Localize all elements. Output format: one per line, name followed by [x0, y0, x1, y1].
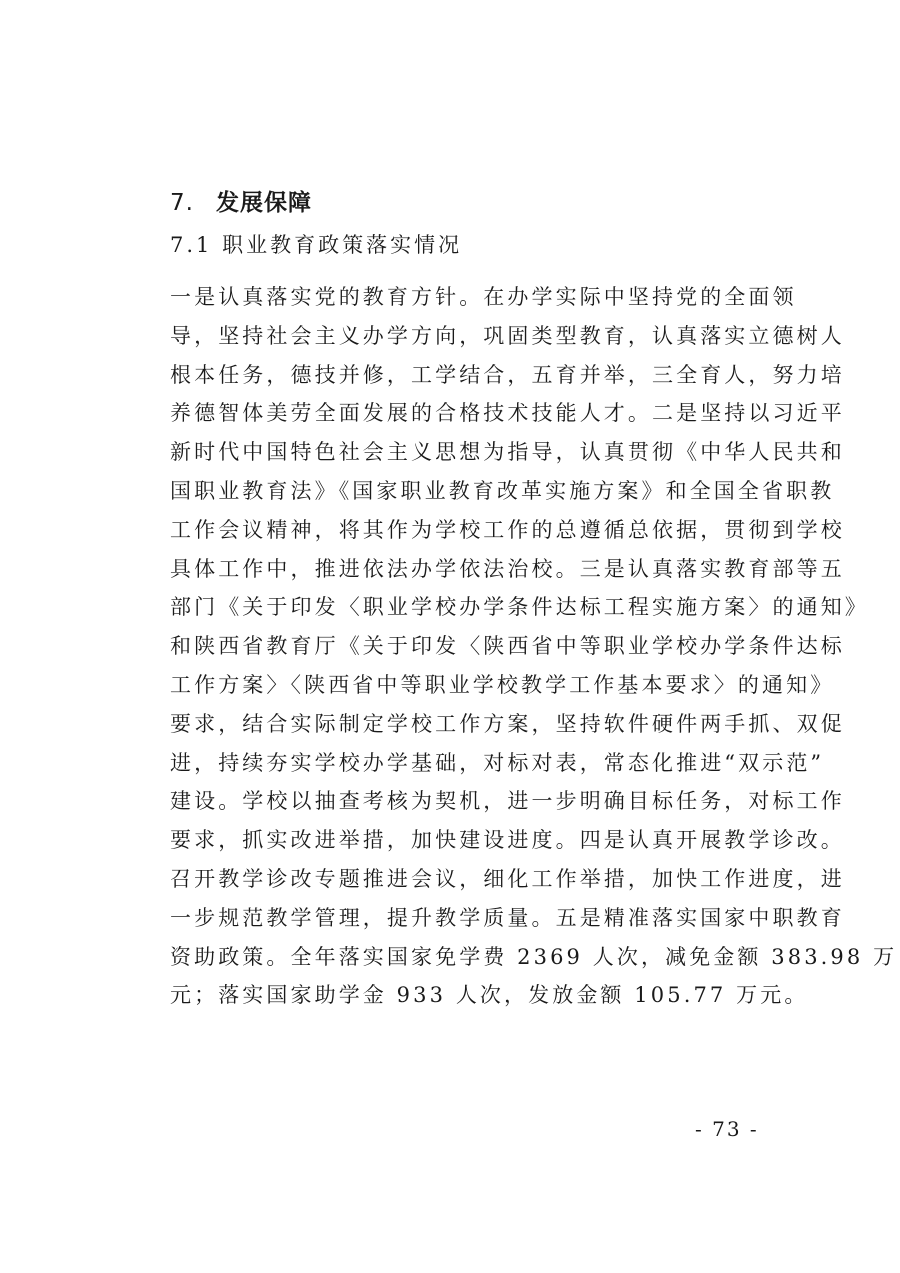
- paragraph-line: 元；落实国家助学金 933 人次，发放金额 105.77 万元。: [170, 976, 770, 1015]
- paragraph-line: 要求，结合实际制定学校工作方案，坚持软件硬件两手抓、双促: [170, 705, 770, 744]
- paragraph-line: 新时代中国特色社会主义思想为指导，认真贯彻《中华人民共和: [170, 433, 770, 472]
- paragraph-line: 和陕西省教育厅《关于印发〈陕西省中等职业学校办学条件达标: [170, 627, 770, 666]
- paragraph-line: 一是认真落实党的教育方针。在办学实际中坚持党的全面领: [170, 278, 770, 317]
- body-paragraph: 一是认真落实党的教育方针。在办学实际中坚持党的全面领 导，坚持社会主义办学方向，…: [170, 278, 770, 1015]
- paragraph-line: 根本任务，德技并修，工学结合，五育并举，三全育人，努力培: [170, 356, 770, 395]
- paragraph-line: 导，坚持社会主义办学方向，巩固类型教育，认真落实立德树人: [170, 317, 770, 356]
- paragraph-line: 要求，抓实改进举措，加快建设进度。四是认真开展教学诊改。: [170, 821, 770, 860]
- paragraph-line: 召开教学诊改专题推进会议，细化工作举措，加快工作进度，进: [170, 860, 770, 899]
- section-title: 发展保障: [216, 190, 312, 216]
- paragraph-line: 建设。学校以抽查考核为契机，进一步明确目标任务，对标工作: [170, 782, 770, 821]
- document-page: 7.发展保障 7.1 职业教育政策落实情况 一是认真落实党的教育方针。在办学实际…: [0, 0, 900, 1273]
- paragraph-line: 具体工作中，推进依法办学依法治校。三是认真落实教育部等五: [170, 550, 770, 589]
- section-number: 7.: [170, 190, 216, 216]
- paragraph-line: 养德智体美劳全面发展的合格技术技能人才。二是坚持以习近平: [170, 394, 770, 433]
- paragraph-line: 工作会议精神，将其作为学校工作的总遵循总依据，贯彻到学校: [170, 511, 770, 550]
- page-number: - 73 -: [695, 1117, 759, 1141]
- paragraph-line: 一步规范教学管理，提升教学质量。五是精准落实国家中职教育: [170, 899, 770, 938]
- paragraph-line: 进，持续夯实学校办学基础，对标对表，常态化推进“双示范”: [170, 744, 770, 783]
- paragraph-line: 资助政策。全年落实国家免学费 2369 人次，减免金额 383.98 万: [170, 938, 770, 977]
- paragraph-line: 部门《关于印发〈职业学校办学条件达标工程实施方案〉的通知》: [170, 588, 770, 627]
- subsection-heading: 7.1 职业教育政策落实情况: [170, 229, 462, 259]
- paragraph-line: 工作方案〉〈陕西省中等职业学校教学工作基本要求〉的通知》: [170, 666, 770, 705]
- paragraph-line: 国职业教育法》《国家职业教育改革实施方案》和全国全省职教: [170, 472, 770, 511]
- section-heading: 7.发展保障: [170, 184, 312, 217]
